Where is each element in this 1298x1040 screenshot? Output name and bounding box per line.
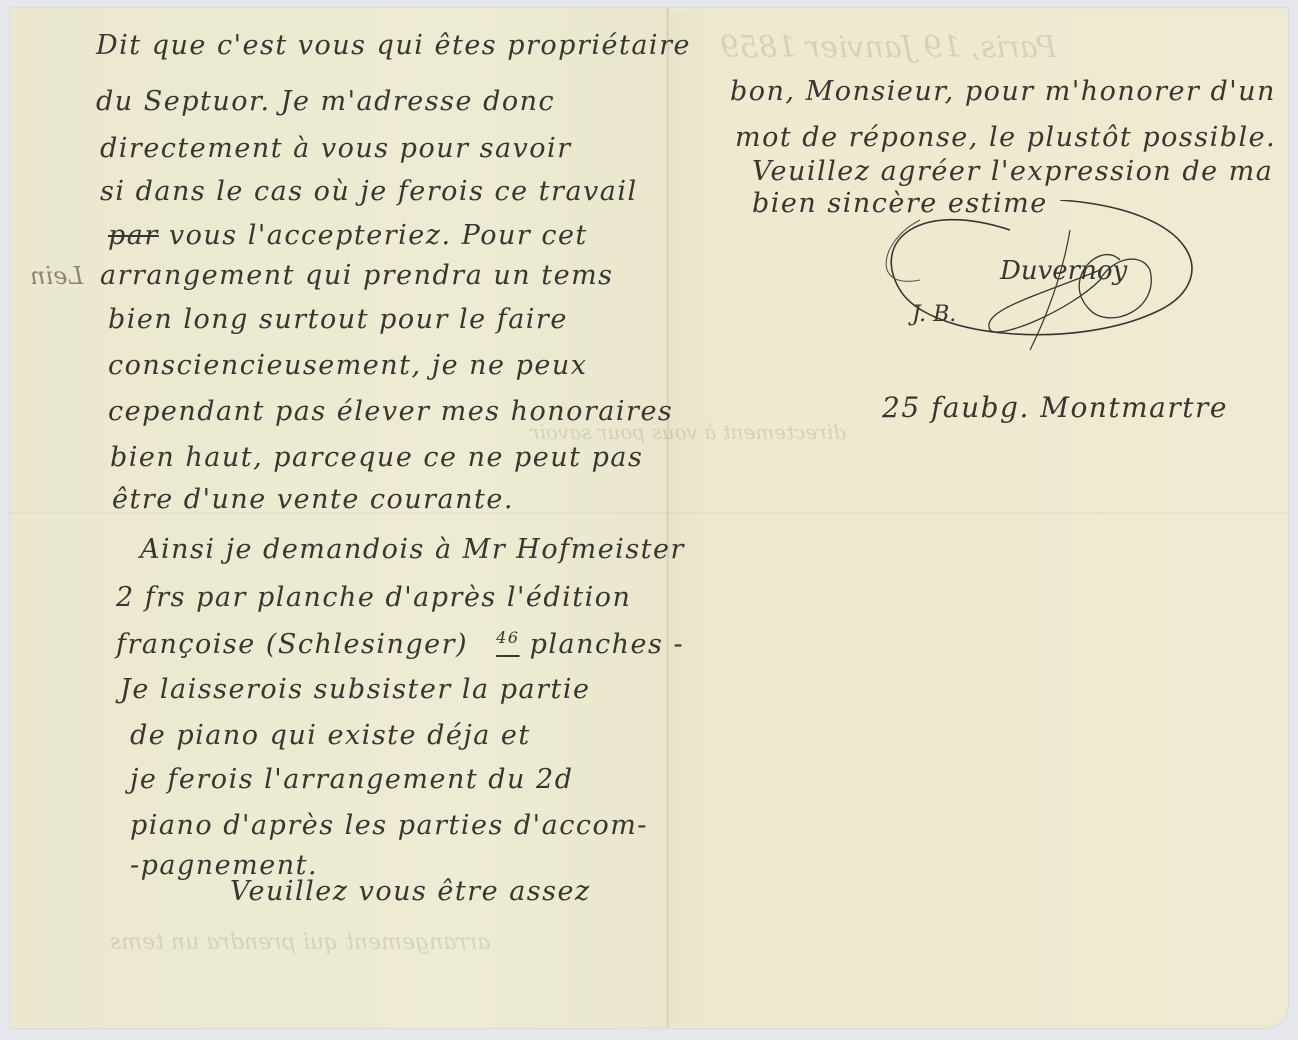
left-line-18: piano d'après les parties d'accom-: [130, 812, 648, 839]
sender-address: 25 faubg. Montmartre: [882, 394, 1228, 422]
right-line-1: bon, Monsieur, pour m'honorer d'un: [730, 78, 1276, 105]
bleed-through-text-bottom: arrangement qui prendra un tems: [110, 930, 491, 955]
left-line-16: de piano qui existe déja et: [130, 722, 531, 749]
left-line-17: je ferois l'arrangement du 2d: [130, 766, 573, 793]
margin-bleed-mark: Lein: [30, 262, 83, 290]
left-line-11: être d'une vente courante.: [112, 486, 514, 513]
struck-word: par: [108, 220, 159, 251]
left-line-12: Ainsi je demandois à Mr Hofmeister: [140, 536, 685, 563]
left-line-3: directement à vous pour savoir: [100, 135, 572, 162]
planche-count: 46: [496, 629, 519, 660]
right-line-3: Veuillez agréer l'expression de ma: [752, 158, 1273, 185]
left-line-14: françoise (Schlesinger) 46 planches -: [116, 630, 684, 658]
left-line-10: bien haut, parceque ce ne peut pas: [110, 444, 643, 471]
left-line-19: -pagnement.: [130, 852, 318, 879]
signature-name: Duvernoy: [1000, 256, 1127, 286]
signature-initials: J. B.: [912, 302, 956, 327]
left-line-1: Dit que c'est vous qui êtes propriétaire: [96, 32, 691, 59]
left-line-5: par vous l'accepteriez. Pour cet: [108, 222, 588, 249]
left-line-6: arrangement qui prendra un tems: [100, 262, 614, 289]
center-fold: [666, 8, 670, 1028]
left-line-4: si dans le cas où je ferois ce travail: [100, 178, 638, 205]
left-line-15: Je laisserois subsister la partie: [120, 676, 590, 703]
left-line-9: cependant pas élever mes honoraires: [108, 398, 673, 425]
left-line-20: Veuillez vous être assez: [230, 878, 591, 905]
left-line-13: 2 frs par planche d'après l'édition: [116, 584, 631, 611]
left-line-8: consciencieusement, je ne peux: [108, 352, 587, 379]
right-line-2: mot de réponse, le plustôt possible.: [735, 124, 1276, 151]
left-line-2: du Septuor. Je m'adresse donc: [96, 88, 555, 115]
bleed-through-date-header: Paris, 19 Janvier 1859: [720, 30, 1057, 65]
left-line-7: bien long surtout pour le faire: [108, 306, 568, 333]
